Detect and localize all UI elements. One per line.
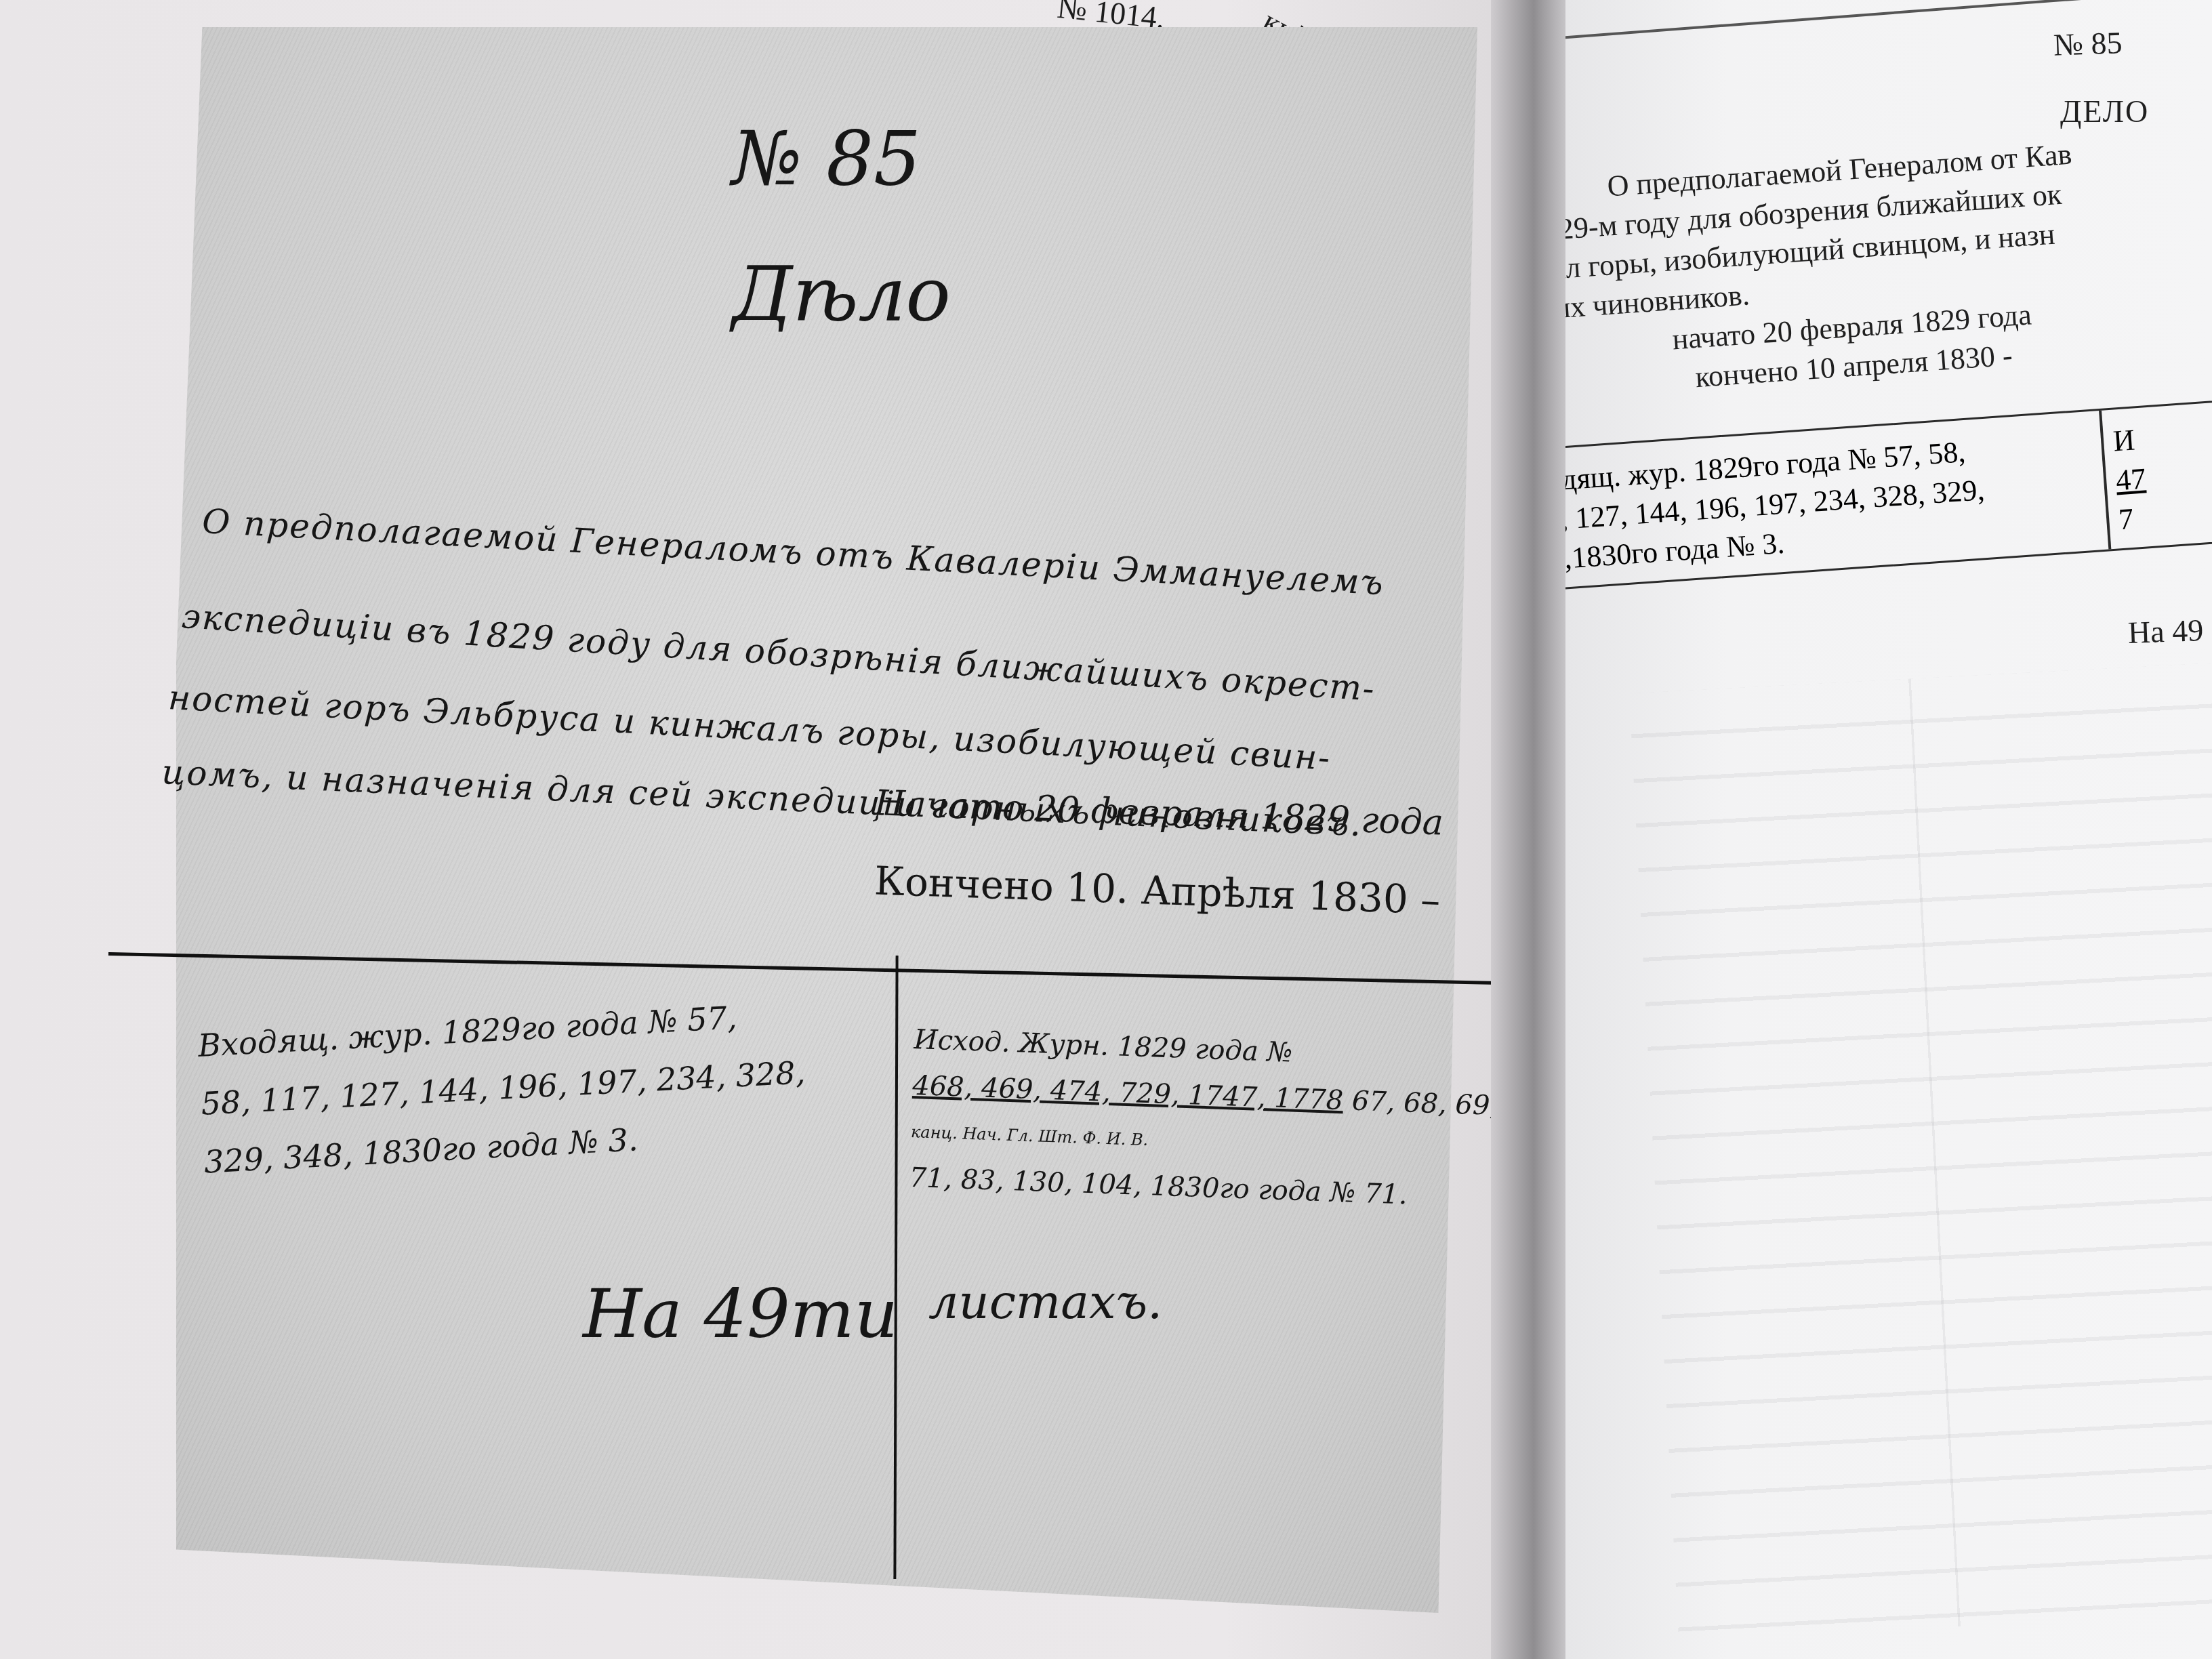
sheet-count: На 49: [2127, 612, 2204, 651]
journal-table: Входящ. жур. 1829го года № 57, 58, 117, …: [1565, 397, 2212, 593]
page-title: ДЕЛО: [2060, 94, 2149, 129]
right-book-page: № 85 ДЕЛО О предполагаемой Генералом от …: [1565, 0, 2212, 1659]
outgoing-line: И: [2112, 412, 2212, 462]
facsimile-incoming-journal: Входящ. жур. 1829го года № 57, 58, 117, …: [197, 985, 810, 1191]
facsimile-case-number: № 85: [732, 115, 921, 202]
facsimile-title: Дѣло: [732, 251, 951, 337]
facsimile-sheets-word: листахъ.: [928, 1274, 1162, 1330]
facsimile-sheet-count: На 49ти: [583, 1274, 898, 1353]
outgoing-journal-cell: И 47 7: [2102, 400, 2212, 550]
left-book-page: № 1014. кий архив, № 85 Дѣло О предполаг…: [0, 0, 1532, 1659]
facsimile-outgoing-journal: Исход. Журн. 1829 года № 468, 469, 474, …: [909, 1017, 1553, 1223]
page-case-number: № 85: [2053, 24, 2123, 63]
outgoing-underlined-numbers: 468, 469, 474, 729, 1747, 1778: [912, 1070, 1344, 1116]
incoming-journal-cell: Входящ. жур. 1829го года № 57, 58, 117, …: [1565, 411, 2111, 592]
transcription-body: О предполагаемой Генералом от Кав 1829-м…: [1565, 135, 2087, 408]
reverse-side-show-through: [1629, 663, 2212, 1641]
